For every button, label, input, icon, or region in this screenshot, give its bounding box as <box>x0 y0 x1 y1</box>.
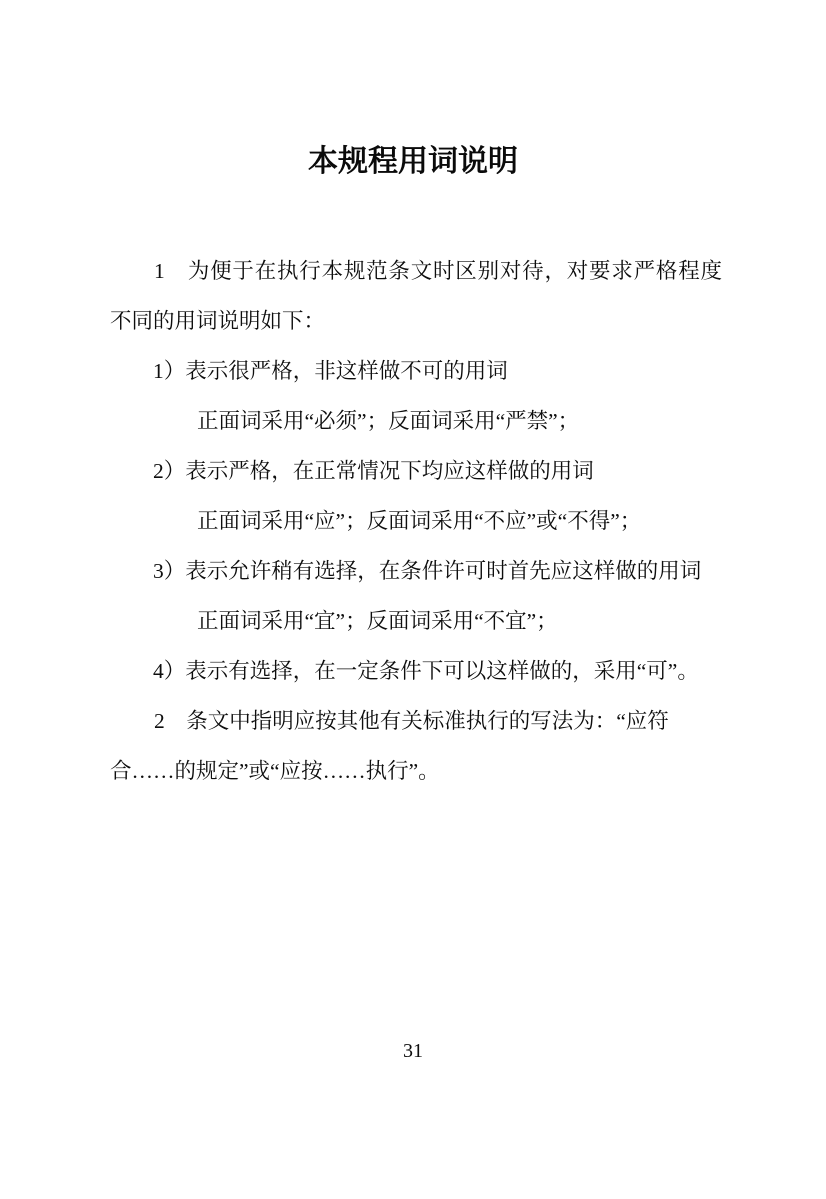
body-line: 合……的规定”或“应按……执行”。 <box>110 746 722 796</box>
body-line: 1 为便于在执行本规范条文时区别对待，对要求严格程度 <box>110 246 722 296</box>
body-line: 不同的用词说明如下： <box>110 296 722 346</box>
document-body: 1 为便于在执行本规范条文时区别对待，对要求严格程度 不同的用词说明如下： 1）… <box>110 246 722 796</box>
body-line: 4）表示有选择，在一定条件下可以这样做的，采用“可”。 <box>110 646 722 696</box>
body-line: 正面词采用“必须”；反面词采用“严禁”； <box>110 396 722 446</box>
body-line: 2）表示严格，在正常情况下均应这样做的用词 <box>110 446 722 496</box>
document-page: 本规程用词说明 1 为便于在执行本规范条文时区别对待，对要求严格程度 不同的用词… <box>0 0 826 1199</box>
body-line: 2 条文中指明应按其他有关标准执行的写法为：“应符 <box>110 696 722 746</box>
body-line: 1）表示很严格，非这样做不可的用词 <box>110 346 722 396</box>
body-line: 正面词采用“宜”；反面词采用“不宜”； <box>110 596 722 646</box>
body-line: 正面词采用“应”；反面词采用“不应”或“不得”； <box>110 496 722 546</box>
document-title: 本规程用词说明 <box>0 140 826 184</box>
body-line: 3）表示允许稍有选择，在条件许可时首先应这样做的用词 <box>110 546 722 596</box>
page-number: 31 <box>0 1038 826 1064</box>
